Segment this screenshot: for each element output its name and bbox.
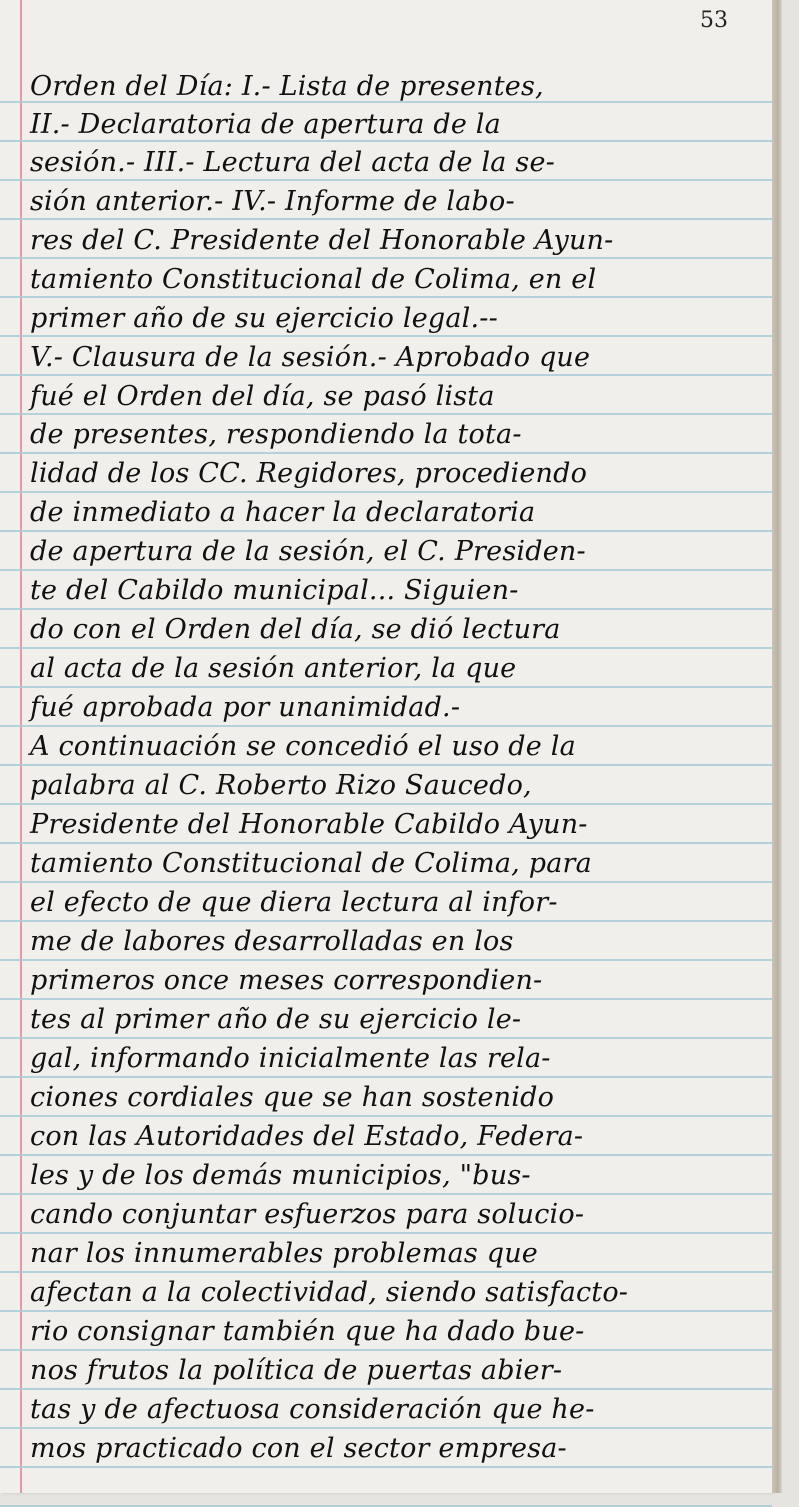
ruled-line	[0, 140, 772, 142]
text-line: cando conjuntar esfuerzos para solucio-	[30, 1200, 770, 1230]
text-line: gal, informando inicialmente las rela-	[30, 1044, 770, 1074]
text-line: Presidente del Honorable Cabildo Ayun-	[30, 810, 770, 840]
ruled-line	[0, 1427, 772, 1429]
text-line: nos frutos la política de puertas abier-	[30, 1356, 770, 1386]
ruled-line	[0, 179, 772, 181]
text-line: II.- Declaratoria de apertura de la	[30, 110, 770, 140]
text-line: sesión.- III.- Lectura del acta de la se…	[30, 148, 770, 178]
ledger-page: 53 Orden del Día: I.- Lista de presentes…	[0, 0, 772, 1493]
text-line: rio consignar también que ha dado bue-	[30, 1317, 770, 1347]
ruled-line	[0, 1349, 772, 1351]
text-line: A continuación se concedió el uso de la	[30, 732, 770, 762]
ruled-line	[0, 413, 772, 415]
text-line: do con el Orden del día, se dió lectura	[30, 615, 770, 645]
text-line: nar los innumerables problemas que	[30, 1239, 770, 1269]
ruled-line	[0, 491, 772, 493]
ruled-line	[0, 1310, 772, 1312]
text-line: lidad de los CC. Regidores, procediendo	[30, 459, 770, 489]
ruled-line	[0, 1232, 772, 1234]
text-line: afectan a la colectividad, siendo satisf…	[30, 1278, 770, 1308]
ruled-line	[0, 647, 772, 649]
text-line: al acta de la sesión anterior, la que	[30, 654, 770, 684]
ruled-line	[0, 452, 772, 454]
margin-line	[20, 0, 22, 1493]
text-line: V.- Clausura de la sesión.- Aprobado que	[30, 343, 770, 373]
text-line: de presentes, respondiendo la tota-	[30, 420, 770, 450]
text-line: ciones cordiales que se han sostenido	[30, 1083, 770, 1113]
ruled-line	[0, 335, 772, 337]
ruled-line	[0, 920, 772, 922]
ruled-line	[0, 1037, 772, 1039]
ruled-line	[0, 686, 772, 688]
ruled-line	[0, 218, 772, 220]
ruled-line	[0, 725, 772, 727]
ruled-line	[0, 881, 772, 883]
text-line: tes al primer año de su ejercicio le-	[30, 1005, 770, 1035]
text-line: fué el Orden del día, se pasó lista	[30, 382, 770, 412]
text-line: Orden del Día: I.- Lista de presentes,	[30, 72, 770, 102]
ruled-line	[0, 1388, 772, 1390]
ruled-line	[0, 1271, 772, 1273]
text-line: te del Cabildo municipal... Siguien-	[30, 576, 770, 606]
text-line: tamiento Constitucional de Colima, para	[30, 849, 770, 879]
text-line: sión anterior.- IV.- Informe de labo-	[30, 187, 770, 217]
text-line: res del C. Presidente del Honorable Ayun…	[30, 226, 770, 256]
text-line: el efecto de que diera lectura al infor-	[30, 888, 770, 918]
ruled-line	[0, 959, 772, 961]
text-line: de apertura de la sesión, el C. Presiden…	[30, 537, 770, 567]
text-line: me de labores desarrolladas en los	[30, 927, 770, 957]
page-number: 53	[700, 8, 728, 33]
ruled-line	[0, 1115, 772, 1117]
text-line: palabra al C. Roberto Rizo Saucedo,	[30, 771, 770, 801]
text-line: con las Autoridades del Estado, Federa-	[30, 1122, 770, 1152]
ruled-line	[0, 764, 772, 766]
ruled-line	[0, 803, 772, 805]
ruled-line	[0, 374, 772, 376]
text-line: primeros once meses correspondien-	[30, 966, 770, 996]
page-edge	[772, 0, 782, 1493]
ruled-line	[0, 530, 772, 532]
text-line: de inmediato a hacer la declaratoria	[30, 498, 770, 528]
text-line: tamiento Constitucional de Colima, en el	[30, 265, 770, 295]
ruled-line	[0, 296, 772, 298]
ruled-line	[0, 842, 772, 844]
ruled-line	[0, 1466, 772, 1468]
text-line: mos practicado con el sector empresa-	[30, 1434, 770, 1464]
ruled-line	[0, 257, 772, 259]
ruled-line	[0, 608, 772, 610]
text-line: primer año de su ejercicio legal.--	[30, 304, 770, 334]
ruled-line	[0, 1193, 772, 1195]
ruled-line	[0, 1076, 772, 1078]
ruled-line	[0, 1154, 772, 1156]
ruled-line	[0, 998, 772, 1000]
ruled-line	[0, 569, 772, 571]
text-line: les y de los demás municipios, "bus-	[30, 1161, 770, 1191]
text-line: fué aprobada por unanimidad.-	[30, 693, 770, 723]
text-line: tas y de afectuosa consideración que he-	[30, 1395, 770, 1425]
